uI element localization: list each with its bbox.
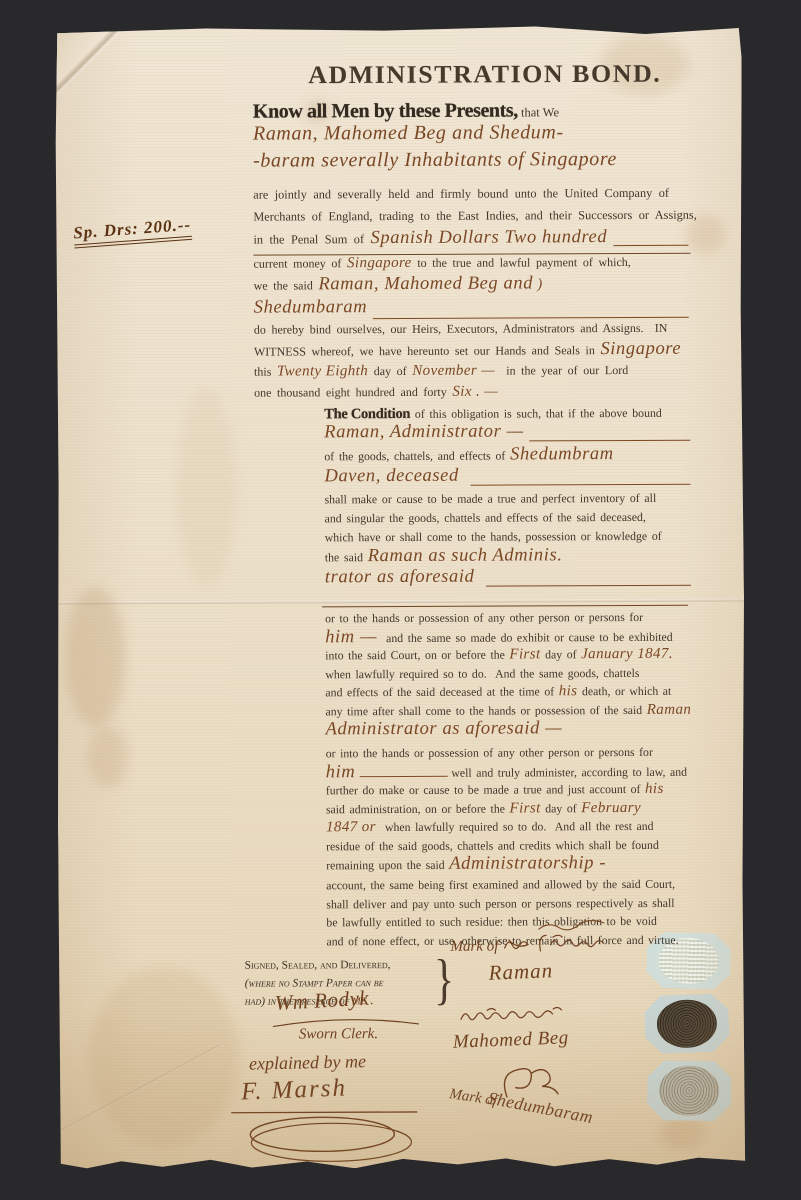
document-line: Raman, Administrator — xyxy=(324,424,692,449)
text-segment xyxy=(373,317,689,319)
text-segment: him xyxy=(326,765,356,780)
text-segment: Singapore xyxy=(600,342,681,357)
text-segment: day of xyxy=(368,364,412,379)
text-segment: further do make or cause to be made a tr… xyxy=(326,782,645,798)
text-segment: when lawfully required so to do. And all… xyxy=(376,819,654,835)
text-segment: said administration, on or before the xyxy=(326,801,510,817)
text-segment: the said xyxy=(325,550,368,565)
text-segment: account, the same being first examined a… xyxy=(326,877,675,894)
text-segment: or to the hands or possession of any oth… xyxy=(325,610,643,626)
text-segment: Raman, Mahomed Beg and xyxy=(318,276,533,292)
page-title: ADMINISTRATION BOND. xyxy=(245,59,725,90)
signature-flourish-icon xyxy=(227,1102,427,1167)
document-line: into the said Court, on or before the Fi… xyxy=(325,647,693,667)
stain xyxy=(88,727,128,787)
native-script-signature-icon xyxy=(457,1005,587,1026)
document-line: Daven, deceased xyxy=(324,468,692,493)
text-segment: current money of xyxy=(254,256,348,271)
document-line: are jointly and severally held and firml… xyxy=(253,186,690,210)
wafer-seal-inked xyxy=(644,993,730,1054)
opening-rest: that We xyxy=(518,105,559,119)
text-segment: trator as aforesaid xyxy=(325,570,480,585)
text-segment: Singapore xyxy=(347,257,412,269)
brace-glyph: } xyxy=(434,948,454,1012)
money-clause: current money of Singapore to the true a… xyxy=(254,255,691,326)
text-segment: we the said xyxy=(254,278,319,293)
text-segment: any time after shall come to the hands o… xyxy=(325,702,646,718)
document-line: said administration, on or before the Fi… xyxy=(326,800,694,820)
text-segment: when lawfully required so to do. And the… xyxy=(325,665,639,681)
text-segment: November — xyxy=(412,365,495,377)
document-line: or to the hands or possession of any oth… xyxy=(325,610,693,630)
document-line: shall deliver and pay unto such person o… xyxy=(326,895,694,915)
document-line: and effects of the said deceased at the … xyxy=(325,684,693,704)
document-line: remaining upon the said Administratorshi… xyxy=(326,856,694,879)
text-segment: or into the hands or possession of any o… xyxy=(326,745,653,761)
text-segment: Administrator as aforesaid — xyxy=(326,721,563,737)
text-segment: shall deliver and pay unto such person o… xyxy=(326,895,674,912)
blackletter-opening: Know all Men by these Presents, xyxy=(253,99,518,122)
text-segment: day of xyxy=(541,647,582,662)
attestation-line: Signed, Sealed, and Delivered, xyxy=(245,956,441,975)
text-segment: -baram severally Inhabitants of Singapor… xyxy=(253,151,617,169)
native-script-signature-icon xyxy=(536,931,614,955)
document-line: one thousand eight hundred and forty Six… xyxy=(254,384,691,407)
text-segment: in the year of our Lord xyxy=(495,363,628,379)
text-segment: and effects of the said deceased at the … xyxy=(325,684,558,700)
text-segment: day of xyxy=(541,801,582,816)
witness-clause: do hereby bind ourselves, our Heirs, Exe… xyxy=(254,321,691,407)
text-segment: be lawfully entitled to such residue: th… xyxy=(326,914,657,930)
text-segment: to the true and lawful payment of which, xyxy=(412,255,631,271)
text-segment: and the same so made do exhibit or cause… xyxy=(377,629,673,645)
text-segment: Raman xyxy=(647,703,692,715)
text-segment: and singular the goods, chattels and eff… xyxy=(325,510,646,526)
text-segment xyxy=(530,440,691,442)
document-line: trator as aforesaid xyxy=(325,569,693,594)
document-line: Administrator as aforesaid — xyxy=(326,721,694,747)
document-line: shall make or cause to be made a true an… xyxy=(325,491,693,512)
text-segment: The Condition xyxy=(324,406,410,423)
text-segment: his xyxy=(559,685,578,697)
text-segment: Raman as such Adminis. xyxy=(368,548,563,564)
text-segment: ) xyxy=(533,278,543,290)
text-segment xyxy=(359,776,447,777)
native-script-mark-icon xyxy=(502,933,532,955)
text-segment: February xyxy=(581,801,641,813)
margin-amount-note: Sp. Drs: 200.-- xyxy=(73,215,192,249)
text-segment: of this obligation is such, that if the … xyxy=(410,406,662,422)
text-segment xyxy=(613,245,688,246)
text-segment: his xyxy=(645,783,664,795)
text-segment: First xyxy=(509,802,540,814)
text-segment: Merchants of England, trading to the Eas… xyxy=(253,208,697,225)
text-segment xyxy=(486,585,691,587)
text-segment: death, or which at xyxy=(577,684,671,699)
text-segment: him — xyxy=(325,630,377,645)
opening-line: Know all Men by these Presents, that We xyxy=(253,99,723,124)
text-segment: First xyxy=(509,648,540,660)
text-segment: do hereby bind ourselves, our Heirs, Exe… xyxy=(254,321,668,338)
text-segment: into the said Court, on or before the xyxy=(325,648,509,664)
stain xyxy=(65,587,126,727)
mark-of-label: Mark of xyxy=(450,939,498,956)
text-segment: Administratorship - xyxy=(449,856,606,871)
text-segment: residue of the said goods, chattels and … xyxy=(326,837,659,853)
document-line: when lawfully required so to do. And the… xyxy=(325,665,693,685)
condition-clause: The Condition of this obligation is such… xyxy=(324,405,693,594)
stain xyxy=(176,387,237,587)
text-segment: Shedumbaram xyxy=(254,300,368,315)
fold-crease xyxy=(57,599,744,605)
text-segment: well and truly administer, according to … xyxy=(451,764,687,780)
document-line: -baram severally Inhabitants of Singapor… xyxy=(253,151,733,180)
wafer-seal-gray xyxy=(647,1060,732,1121)
mahomed-beg-signature: Mahomed Beg xyxy=(453,1027,570,1054)
text-segment: one thousand eight hundred and forty xyxy=(254,385,452,401)
document-line: account, the same being first examined a… xyxy=(326,877,694,897)
text-segment: which have or shall come to the hands, p… xyxy=(325,529,662,545)
text-segment: of the goods, chattels, and effects of xyxy=(324,449,510,465)
interpreter-signature: F. Marsh xyxy=(241,1074,348,1106)
text-segment: Raman, Mahomed Beg and Shedum- xyxy=(253,124,564,141)
document-line: this Twenty Eighth day of November — in … xyxy=(254,363,691,386)
document-line: WITNESS whereof, we have hereunto set ou… xyxy=(254,342,691,365)
document-line: or into the hands or possession of any o… xyxy=(326,745,694,765)
raman-mark-row: Mark of xyxy=(450,931,614,956)
explained-by-me: explained by me xyxy=(249,1051,366,1075)
ruled-line xyxy=(322,605,688,608)
document-paper: ADMINISTRATION BOND. Know all Men by the… xyxy=(55,25,747,1170)
witness-title: Sworn Clerk. xyxy=(299,1026,378,1043)
scan-background: ADMINISTRATION BOND. Know all Men by the… xyxy=(0,0,801,1200)
text-segment: shall make or cause to be made a true an… xyxy=(325,491,657,507)
text-segment: 1847 or xyxy=(326,821,376,833)
text-segment: Six . — xyxy=(452,386,498,398)
text-segment: Daven, deceased xyxy=(324,469,464,484)
document-line: himwell and truly administer, according … xyxy=(326,763,694,783)
bound-clause: are jointly and severally held and firml… xyxy=(253,186,690,254)
text-segment: Shedumbram xyxy=(510,447,614,462)
folded-corner xyxy=(55,27,121,93)
text-segment: Spanish Dollars Two hundred xyxy=(370,230,607,246)
text-segment: are jointly and severally held and firml… xyxy=(253,186,669,203)
text-segment: WITNESS whereof, we have hereunto set ou… xyxy=(254,343,601,360)
text-segment: remaining upon the said xyxy=(326,858,449,874)
text-segment: Twenty Eighth xyxy=(277,365,368,377)
witness-signature: Wm Rodyk xyxy=(274,986,370,1016)
document-line: and singular the goods, chattels and eff… xyxy=(325,510,693,531)
text-segment: this xyxy=(254,365,277,380)
text-segment: in the Penal Sum of xyxy=(253,232,370,248)
document-line: further do make or cause to be made a tr… xyxy=(326,782,694,802)
parties-handwritten: Raman, Mahomed Beg and Shedum--baram sev… xyxy=(253,124,733,180)
document-line: 1847 or when lawfully required so to do.… xyxy=(326,819,694,839)
raman-signature-name: Raman xyxy=(488,958,553,986)
stain xyxy=(89,967,240,1148)
obligation-clause: or to the hands or possession of any oth… xyxy=(325,610,694,953)
text-segment xyxy=(470,484,690,486)
document-line: in the Penal Sum of Spanish Dollars Two … xyxy=(253,230,690,254)
text-segment: Raman, Administrator — xyxy=(324,424,523,440)
text-segment: January 1847. xyxy=(581,648,673,660)
